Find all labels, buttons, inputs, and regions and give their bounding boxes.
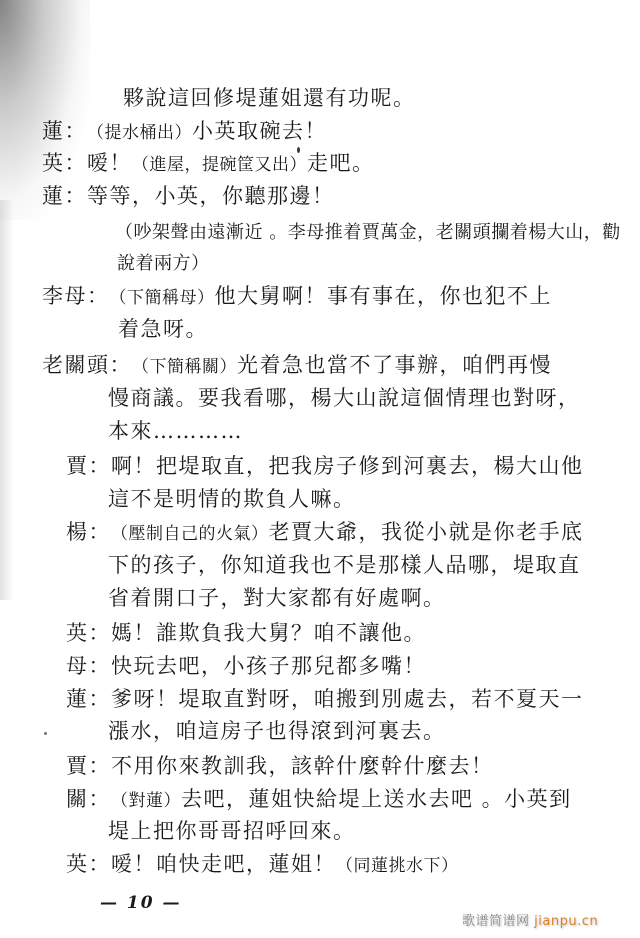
stage-direction: （進屋，提碗筐又出） xyxy=(132,155,307,175)
line-text: 慢商議。要我看哪，楊大山說這個情理也對呀， xyxy=(108,386,581,410)
stage-direction-block: （吵架聲由遠漸近 。李母推着賈萬金，老關頭攔着楊大山，勸 xyxy=(115,221,621,245)
line-text: 堤上把你哥哥招呼回來。 xyxy=(108,819,356,843)
dialogue-line: 英：媽！誰欺負我大舅？咱不讓他。 xyxy=(66,621,426,645)
dialogue-continuation: 堤上把你哥哥招呼回來。 xyxy=(108,819,356,843)
watermark: 歌谱简谱网 jianpu.cn xyxy=(462,910,598,929)
colon: ： xyxy=(89,621,112,645)
line-text: 嗳！ xyxy=(87,151,132,175)
line-text: 不用你來教訓我，該幹什麼幹什麼去！ xyxy=(111,754,494,778)
colon: ： xyxy=(89,687,112,711)
stage-direction: 說着兩方） xyxy=(117,253,210,274)
page-number: — 10 — xyxy=(100,893,182,913)
colon: ： xyxy=(89,520,112,544)
ink-speck xyxy=(44,732,47,735)
dialogue-continuation: 慢商議。要我看哪，楊大山說這個情理也對呀， xyxy=(108,386,581,410)
speaker-name: 賈 xyxy=(66,454,89,478)
line-text: 快玩去吧，小孩子那兒都多嘴！ xyxy=(111,654,426,678)
dialogue-line: 蓮：等等，小英，你聽那邊！ xyxy=(42,184,335,208)
stage-direction: （壓制自己的火氣） xyxy=(111,524,269,544)
line-text: 這不是明情的欺負人嘛。 xyxy=(108,487,356,511)
line-text: 本來………… xyxy=(108,419,243,443)
line-text: 漲水，咱這房子也得滾到河裏去。 xyxy=(108,719,446,743)
colon: ： xyxy=(65,184,88,208)
line-text: 省着開口子，對大家都有好處啊。 xyxy=(108,586,446,610)
dialogue-continuation: 省着開口子，對大家都有好處啊。 xyxy=(108,586,446,610)
stage-direction: （對蓮） xyxy=(111,791,181,811)
line-text: 光着急也當不了事辦，咱們再慢 xyxy=(237,353,552,377)
speaker-name: 英 xyxy=(42,151,65,175)
dialogue-line: 英：嗳！咱快走吧，蓮姐！（同蓮挑水下） xyxy=(66,852,459,878)
dialogue-line: 蓮：爹呀！堤取直對呀，咱搬到別處去，若不夏天一 xyxy=(66,687,584,711)
line-text: 去吧，蓮姐快給堤上送水去吧 。小英到 xyxy=(181,787,572,811)
dialogue-line: 蓮：（提水桶出）小英取碗去！ xyxy=(42,119,327,145)
dialogue-line: 賈：啊！把堤取直，把我房子修到河裏去，楊大山他 xyxy=(66,454,584,478)
speaker-name: 蓮 xyxy=(42,184,65,208)
dialogue-continuation: 漲水，咱這房子也得滾到河裏去。 xyxy=(108,719,446,743)
ink-speck xyxy=(297,147,300,153)
colon: ： xyxy=(89,454,112,478)
speaker-name: 蓮 xyxy=(66,687,89,711)
colon: ： xyxy=(110,353,133,377)
line-text: 着急呀。 xyxy=(118,317,208,341)
speaker-name: 老關頭 xyxy=(42,353,110,377)
speaker-name: 母 xyxy=(66,654,89,678)
colon: ： xyxy=(65,151,88,175)
line-text: 等等，小英，你聽那邊！ xyxy=(87,184,335,208)
colon: ： xyxy=(65,119,88,143)
speaker-name: 英 xyxy=(66,852,89,876)
speaker-name: 賈 xyxy=(66,754,89,778)
line-text: 走吧。 xyxy=(307,151,375,175)
dialogue-line: 賈：不用你來教訓我，該幹什麼幹什麼去！ xyxy=(66,754,494,778)
dialogue-continuation: 夥說這回修堤蓮姐還有功呢。 xyxy=(123,86,416,110)
speaker-name: 蓮 xyxy=(42,119,65,143)
line-text: 啊！把堤取直，把我房子修到河裏去，楊大山他 xyxy=(111,454,584,478)
stage-direction: （提水桶出） xyxy=(87,123,192,143)
colon: ： xyxy=(89,852,112,876)
stage-direction: （吵架聲由遠漸近 。李母推着賈萬金，老關頭攔着楊大山，勸 xyxy=(115,222,621,243)
colon: ： xyxy=(89,654,112,678)
line-text: 爹呀！堤取直對呀，咱搬到別處去，若不夏天一 xyxy=(111,687,584,711)
dialogue-line: 關：（對蓮）去吧，蓮姐快給堤上送水去吧 。小英到 xyxy=(66,787,572,813)
dialogue-line: 英：嗳！（進屋，提碗筐又出）走吧。 xyxy=(42,151,375,177)
line-text: 嗳！咱快走吧，蓮姐！ xyxy=(111,852,336,876)
speaker-name: 李母 xyxy=(42,284,87,308)
line-text: 媽！誰欺負我大舅？咱不讓他。 xyxy=(111,621,426,645)
dialogue-continuation: 着急呀。 xyxy=(118,317,208,341)
dialogue-line: 楊：（壓制自己的火氣）老賈大爺，我從小就是你老手底 xyxy=(66,520,584,546)
speaker-name: 英 xyxy=(66,621,89,645)
scan-edge-shadow xyxy=(0,200,14,600)
speaker-name: 楊 xyxy=(66,520,89,544)
dialogue-line: 老關頭：（下簡稱關）光着急也當不了事辦，咱們再慢 xyxy=(42,353,552,379)
colon: ： xyxy=(89,754,112,778)
dialogue-line: 母：快玩去吧，小孩子那兒都多嘴！ xyxy=(66,654,426,678)
watermark-site-name: 歌谱简谱网 xyxy=(462,914,530,929)
dialogue-continuation: 下的孩子，你知道我也不是那樣人品哪，堤取直 xyxy=(108,553,581,577)
stage-direction: （下簡稱母） xyxy=(110,288,215,308)
stage-direction: （下簡稱關） xyxy=(132,357,237,377)
dialogue-line: 李母：（下簡稱母）他大舅啊！事有事在，你也犯不上 xyxy=(42,284,552,310)
dialogue-continuation: 本來………… xyxy=(108,419,243,443)
speaker-name: 關 xyxy=(66,787,89,811)
watermark-url: jianpu.cn xyxy=(534,914,598,929)
line-text: 小英取碗去！ xyxy=(192,119,327,143)
colon: ： xyxy=(89,787,112,811)
line-text: 他大舅啊！事有事在，你也犯不上 xyxy=(215,284,553,308)
dialogue-continuation: 這不是明情的欺負人嘛。 xyxy=(108,487,356,511)
line-text: 老賈大爺，我從小就是你老手底 xyxy=(269,520,584,544)
colon: ： xyxy=(87,284,110,308)
line-text: 夥說這回修堤蓮姐還有功呢。 xyxy=(123,86,416,110)
stage-direction-block: 說着兩方） xyxy=(117,252,210,276)
stage-direction: （同蓮挑水下） xyxy=(336,856,459,876)
line-text: 下的孩子，你知道我也不是那樣人品哪，堤取直 xyxy=(108,553,581,577)
